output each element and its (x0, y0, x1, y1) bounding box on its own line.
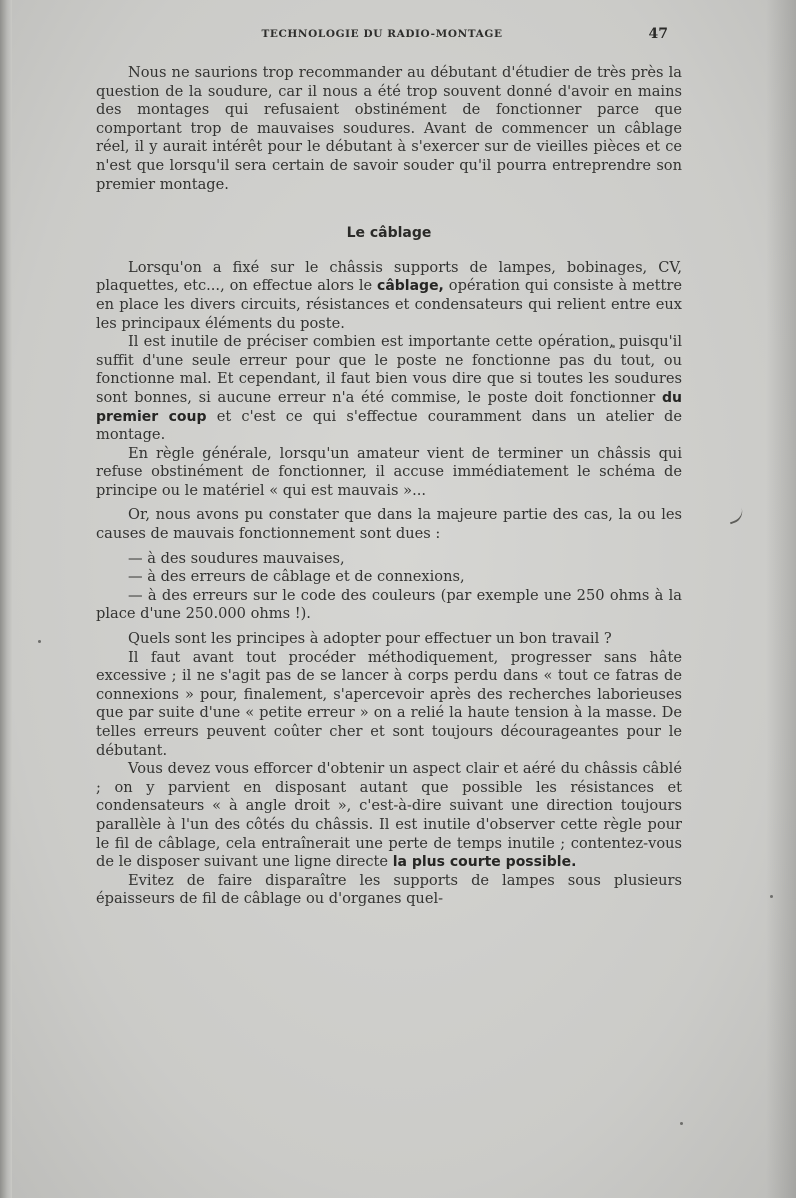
paragraph-importance: Il est inutile de préciser combien est i… (96, 333, 682, 445)
paper-speck (770, 895, 773, 898)
bold-phrase-plus-courte: la plus courte possible. (393, 854, 577, 870)
paragraph-causes: Or, nous avons pu constater que dans la … (96, 506, 682, 543)
page-number: 47 (649, 26, 668, 42)
list-item: — à des erreurs sur le code des couleurs… (96, 587, 682, 624)
paper-speck (680, 1122, 683, 1125)
book-page: TECHNOLOGIE DU RADIO-MONTAGE 47 Nous ne … (0, 0, 796, 1198)
page-body: Nous ne saurions trop recommander au déb… (96, 64, 682, 909)
paragraph-cablage-definition: Lorsqu'on a fixé sur le châssis supports… (96, 259, 682, 333)
bold-term-cablage: câblage, (377, 278, 444, 294)
paper-speck (38, 640, 41, 643)
paragraph-intro: Nous ne saurions trop recommander au déb… (96, 64, 682, 194)
text-run: Vous devez vous efforcer d'obtenir un as… (96, 760, 682, 870)
paragraph-methode: Il faut avant tout procéder méthodiqueme… (96, 649, 682, 761)
paragraph-regle-generale: En règle générale, lorsqu'un amateur vie… (96, 445, 682, 501)
page-edge-shadow (766, 0, 796, 1198)
paragraph-aspect: Vous devez vous efforcer d'obtenir un as… (96, 760, 682, 872)
page-gutter-shadow (0, 0, 12, 1198)
running-head: TECHNOLOGIE DU RADIO-MONTAGE 47 (96, 28, 668, 48)
paragraph-supports: Evitez de faire disparaître les supports… (96, 872, 682, 909)
paragraph-question: Quels sont les principes à adopter pour … (96, 630, 682, 649)
running-title: TECHNOLOGIE DU RADIO-MONTAGE (96, 28, 668, 40)
list-item: — à des erreurs de câblage et de connexi… (96, 568, 682, 587)
list-item: — à des soudures mauvaises, (96, 550, 682, 569)
section-heading: Le câblage (96, 224, 682, 243)
text-run: Il est inutile de préciser combien est i… (96, 333, 682, 406)
paper-speck (612, 345, 615, 348)
stray-pencil-mark (726, 508, 745, 525)
